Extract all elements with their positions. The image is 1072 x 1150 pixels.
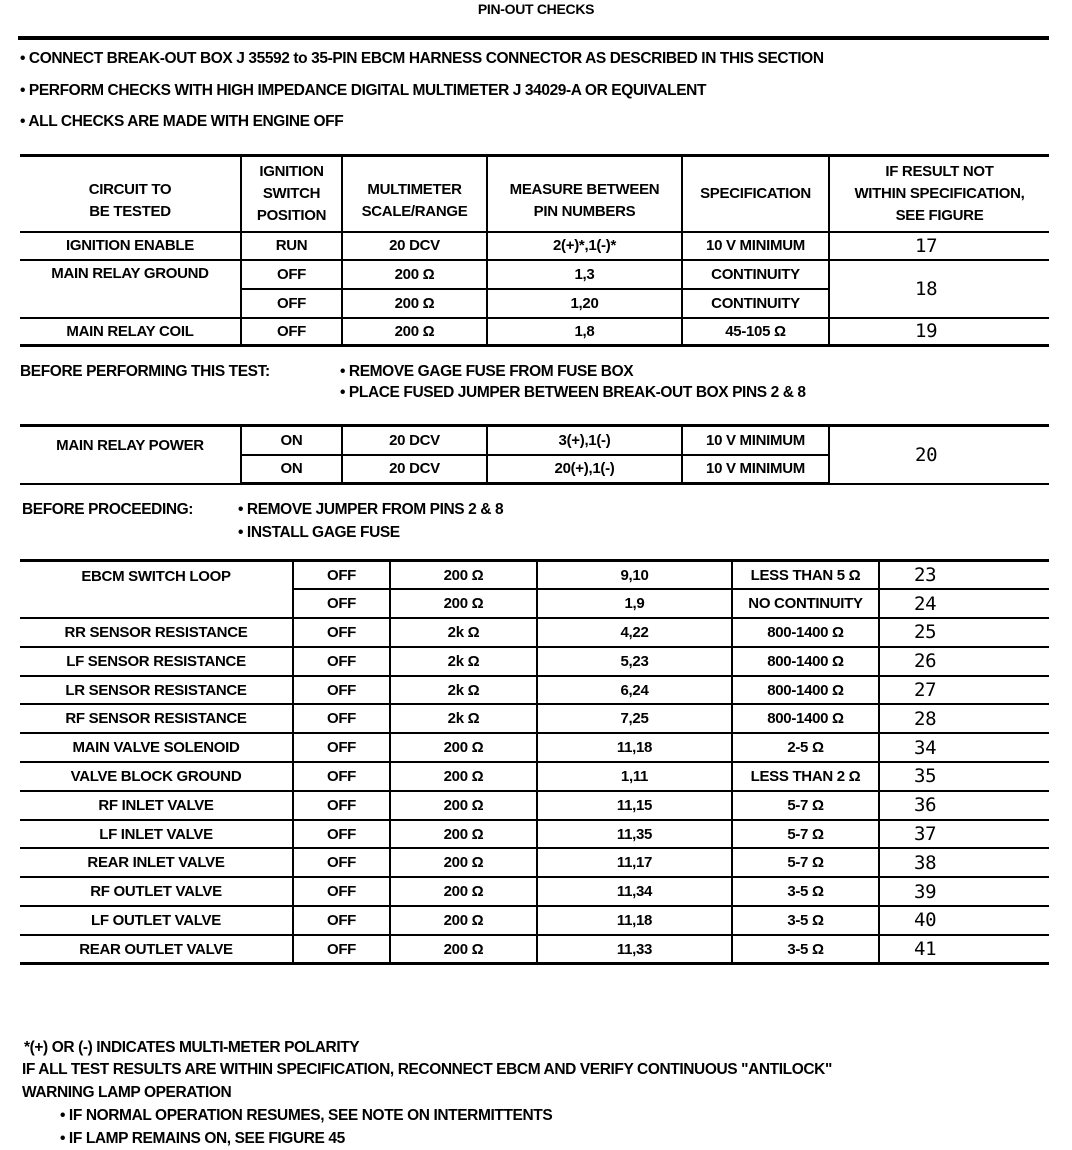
pins-cell: 20(+),1(-) bbox=[487, 455, 682, 484]
circuit-cell: LR SENSOR RESISTANCE bbox=[20, 676, 293, 705]
figure-cell: 37 bbox=[879, 820, 1049, 849]
ignition-cell: OFF bbox=[293, 906, 390, 935]
before-proceeding-item: • INSTALL GAGE FUSE bbox=[238, 524, 400, 542]
scale-cell: 200 Ω bbox=[390, 791, 537, 820]
header-figure: IF RESULT NOTWITHIN SPECIFICATION,SEE FI… bbox=[829, 156, 1049, 232]
figure-cell: 26 bbox=[879, 647, 1049, 676]
spec-cell: 5-7 Ω bbox=[732, 848, 879, 877]
spec-cell: 800-1400 Ω bbox=[732, 704, 879, 733]
pinout-table-2: MAIN RELAY POWER ON 20 DCV 3(+),1(-) 10 … bbox=[20, 424, 1049, 485]
figure-cell: 17 bbox=[829, 232, 1049, 260]
before-test-item: • REMOVE GAGE FUSE FROM FUSE BOX bbox=[340, 363, 633, 381]
table-row: LF INLET VALVEOFF200 Ω11,355-7 Ω37 bbox=[20, 820, 1049, 849]
pins-cell: 11,35 bbox=[537, 820, 732, 849]
circuit-cell: VALVE BLOCK GROUND bbox=[20, 762, 293, 791]
intro-bullet: • ALL CHECKS ARE MADE WITH ENGINE OFF bbox=[20, 113, 343, 131]
table-row: LR SENSOR RESISTANCEOFF2k Ω6,24800-1400 … bbox=[20, 676, 1049, 705]
spec-cell: 5-7 Ω bbox=[732, 791, 879, 820]
ignition-cell: OFF bbox=[293, 820, 390, 849]
table-row: MAIN RELAY GROUND OFF 200 Ω 1,3 CONTINUI… bbox=[20, 260, 1049, 289]
circuit-cell: MAIN RELAY COIL bbox=[20, 318, 241, 346]
spec-cell: 10 V MINIMUM bbox=[682, 232, 829, 260]
table-row: RF SENSOR RESISTANCEOFF2k Ω7,25800-1400 … bbox=[20, 704, 1049, 733]
pins-cell: 9,10 bbox=[537, 561, 732, 590]
before-test-item: • PLACE FUSED JUMPER BETWEEN BREAK-OUT B… bbox=[340, 384, 806, 402]
spec-cell: CONTINUITY bbox=[682, 289, 829, 318]
circuit-cell: REAR INLET VALVE bbox=[20, 848, 293, 877]
figure-cell: 24 bbox=[879, 589, 1049, 618]
ignition-cell: OFF bbox=[241, 260, 342, 289]
footer-bullet: • IF LAMP REMAINS ON, SEE FIGURE 45 bbox=[60, 1130, 345, 1148]
table-row: RF INLET VALVEOFF200 Ω11,155-7 Ω36 bbox=[20, 791, 1049, 820]
pins-cell: 5,23 bbox=[537, 647, 732, 676]
pins-cell: 1,20 bbox=[487, 289, 682, 318]
before-proceeding-label: BEFORE PROCEEDING: bbox=[22, 501, 193, 519]
figure-cell: 25 bbox=[879, 618, 1049, 647]
figure-cell: 36 bbox=[879, 791, 1049, 820]
pins-cell: 11,18 bbox=[537, 906, 732, 935]
spec-cell: 45-105 Ω bbox=[682, 318, 829, 346]
pins-cell: 11,18 bbox=[537, 733, 732, 762]
ignition-cell: OFF bbox=[293, 733, 390, 762]
ignition-cell: OFF bbox=[293, 589, 390, 618]
table-row: EBCM SWITCH LOOPOFF200 Ω9,10LESS THAN 5 … bbox=[20, 561, 1049, 590]
spec-cell: LESS THAN 5 Ω bbox=[732, 561, 879, 590]
figure-cell: 18 bbox=[829, 260, 1049, 318]
ignition-cell: OFF bbox=[293, 877, 390, 906]
circuit-cell: RF OUTLET VALVE bbox=[20, 877, 293, 906]
spec-cell: CONTINUITY bbox=[682, 260, 829, 289]
header-multimeter: MULTIMETERSCALE/RANGE bbox=[342, 156, 487, 232]
ignition-cell: OFF bbox=[293, 647, 390, 676]
footer-bullet: • IF NORMAL OPERATION RESUMES, SEE NOTE … bbox=[60, 1107, 552, 1125]
pins-cell: 6,24 bbox=[537, 676, 732, 705]
circuit-cell: IGNITION ENABLE bbox=[20, 232, 241, 260]
pins-cell: 1,8 bbox=[487, 318, 682, 346]
ignition-cell: OFF bbox=[293, 704, 390, 733]
pins-cell: 11,15 bbox=[537, 791, 732, 820]
ignition-cell: OFF bbox=[241, 318, 342, 346]
spec-cell: 2-5 Ω bbox=[732, 733, 879, 762]
before-test-label: BEFORE PERFORMING THIS TEST: bbox=[20, 363, 270, 381]
table-row: VALVE BLOCK GROUNDOFF200 Ω1,11LESS THAN … bbox=[20, 762, 1049, 791]
figure-cell: 41 bbox=[879, 935, 1049, 964]
intro-bullet: • CONNECT BREAK-OUT BOX J 35592 to 35-PI… bbox=[20, 50, 824, 68]
ignition-cell: OFF bbox=[241, 289, 342, 318]
header-specification: SPECIFICATION bbox=[682, 156, 829, 232]
header-circuit: CIRCUIT TOBE TESTED bbox=[20, 156, 241, 232]
scale-cell: 20 DCV bbox=[342, 455, 487, 484]
table-row: MAIN RELAY POWER ON 20 DCV 3(+),1(-) 10 … bbox=[20, 426, 1049, 455]
circuit-cell: LF SENSOR RESISTANCE bbox=[20, 647, 293, 676]
spec-cell: 10 V MINIMUM bbox=[682, 426, 829, 455]
circuit-cell: LF INLET VALVE bbox=[20, 820, 293, 849]
spec-cell: 800-1400 Ω bbox=[732, 618, 879, 647]
spec-cell: 10 V MINIMUM bbox=[682, 455, 829, 484]
scale-cell: 200 Ω bbox=[390, 820, 537, 849]
pins-cell: 1,3 bbox=[487, 260, 682, 289]
scale-cell: 200 Ω bbox=[390, 906, 537, 935]
figure-cell: 35 bbox=[879, 762, 1049, 791]
ignition-cell: ON bbox=[241, 455, 342, 484]
pins-cell: 3(+),1(-) bbox=[487, 426, 682, 455]
scale-cell: 200 Ω bbox=[390, 848, 537, 877]
figure-cell: 27 bbox=[879, 676, 1049, 705]
scale-cell: 200 Ω bbox=[390, 733, 537, 762]
scale-cell: 2k Ω bbox=[390, 618, 537, 647]
figure-cell: 28 bbox=[879, 704, 1049, 733]
circuit-cell: RF INLET VALVE bbox=[20, 791, 293, 820]
spec-cell: LESS THAN 2 Ω bbox=[732, 762, 879, 791]
scale-cell: 20 DCV bbox=[342, 426, 487, 455]
pins-cell: 11,17 bbox=[537, 848, 732, 877]
scale-cell: 200 Ω bbox=[342, 318, 487, 346]
spec-cell: 800-1400 Ω bbox=[732, 676, 879, 705]
pinout-table-1: CIRCUIT TOBE TESTED IGNITIONSWITCHPOSITI… bbox=[20, 154, 1049, 347]
table-row: RF OUTLET VALVEOFF200 Ω11,343-5 Ω39 bbox=[20, 877, 1049, 906]
scale-cell: 20 DCV bbox=[342, 232, 487, 260]
spec-cell: NO CONTINUITY bbox=[732, 589, 879, 618]
result-note: IF ALL TEST RESULTS ARE WITHIN SPECIFICA… bbox=[22, 1061, 832, 1079]
pins-cell: 11,33 bbox=[537, 935, 732, 964]
header-ignition: IGNITIONSWITCHPOSITION bbox=[241, 156, 342, 232]
circuit-cell: RF SENSOR RESISTANCE bbox=[20, 704, 293, 733]
scale-cell: 2k Ω bbox=[390, 704, 537, 733]
spec-cell: 3-5 Ω bbox=[732, 906, 879, 935]
ignition-cell: OFF bbox=[293, 935, 390, 964]
ignition-cell: RUN bbox=[241, 232, 342, 260]
ignition-cell: OFF bbox=[293, 762, 390, 791]
table-row: MAIN VALVE SOLENOIDOFF200 Ω11,182-5 Ω34 bbox=[20, 733, 1049, 762]
circuit-cell: MAIN RELAY GROUND bbox=[20, 260, 241, 318]
polarity-note: *(+) OR (-) INDICATES MULTI-METER POLARI… bbox=[24, 1039, 359, 1057]
spec-cell: 3-5 Ω bbox=[732, 877, 879, 906]
scale-cell: 200 Ω bbox=[390, 935, 537, 964]
ignition-cell: OFF bbox=[293, 791, 390, 820]
circuit-cell: EBCM SWITCH LOOP bbox=[20, 561, 293, 619]
figure-cell: 20 bbox=[829, 426, 1049, 484]
header-measure: MEASURE BETWEENPIN NUMBERS bbox=[487, 156, 682, 232]
spec-cell: 3-5 Ω bbox=[732, 935, 879, 964]
scale-cell: 200 Ω bbox=[342, 260, 487, 289]
ignition-cell: OFF bbox=[293, 618, 390, 647]
figure-cell: 34 bbox=[879, 733, 1049, 762]
scale-cell: 200 Ω bbox=[342, 289, 487, 318]
table-row: LF SENSOR RESISTANCEOFF2k Ω5,23800-1400 … bbox=[20, 647, 1049, 676]
ignition-cell: OFF bbox=[293, 848, 390, 877]
result-note: WARNING LAMP OPERATION bbox=[22, 1084, 231, 1102]
pins-cell: 11,34 bbox=[537, 877, 732, 906]
figure-cell: 23 bbox=[879, 561, 1049, 590]
scale-cell: 2k Ω bbox=[390, 647, 537, 676]
table-row: REAR OUTLET VALVEOFF200 Ω11,333-5 Ω41 bbox=[20, 935, 1049, 964]
circuit-cell: MAIN VALVE SOLENOID bbox=[20, 733, 293, 762]
circuit-cell: REAR OUTLET VALVE bbox=[20, 935, 293, 964]
table-row: MAIN RELAY COIL OFF 200 Ω 1,8 45-105 Ω 1… bbox=[20, 318, 1049, 346]
spec-cell: 800-1400 Ω bbox=[732, 647, 879, 676]
figure-cell: 19 bbox=[829, 318, 1049, 346]
pins-cell: 4,22 bbox=[537, 618, 732, 647]
ignition-cell: OFF bbox=[293, 676, 390, 705]
circuit-cell: LF OUTLET VALVE bbox=[20, 906, 293, 935]
ignition-cell: ON bbox=[241, 426, 342, 455]
pinout-table-3: EBCM SWITCH LOOPOFF200 Ω9,10LESS THAN 5 … bbox=[20, 559, 1049, 965]
pins-cell: 1,11 bbox=[537, 762, 732, 791]
scale-cell: 2k Ω bbox=[390, 676, 537, 705]
spec-cell: 5-7 Ω bbox=[732, 820, 879, 849]
circuit-cell: MAIN RELAY POWER bbox=[20, 426, 241, 484]
circuit-cell: RR SENSOR RESISTANCE bbox=[20, 618, 293, 647]
pins-cell: 1,9 bbox=[537, 589, 732, 618]
scale-cell: 200 Ω bbox=[390, 589, 537, 618]
table-row: RR SENSOR RESISTANCEOFF2k Ω4,22800-1400 … bbox=[20, 618, 1049, 647]
scale-cell: 200 Ω bbox=[390, 561, 537, 590]
table-row: REAR INLET VALVEOFF200 Ω11,175-7 Ω38 bbox=[20, 848, 1049, 877]
intro-bullet: • PERFORM CHECKS WITH HIGH IMPEDANCE DIG… bbox=[20, 82, 706, 100]
scale-cell: 200 Ω bbox=[390, 877, 537, 906]
pins-cell: 7,25 bbox=[537, 704, 732, 733]
before-proceeding-item: • REMOVE JUMPER FROM PINS 2 & 8 bbox=[238, 501, 503, 519]
pins-cell: 2(+)*,1(-)* bbox=[487, 232, 682, 260]
figure-cell: 39 bbox=[879, 877, 1049, 906]
page-title: PIN-OUT CHECKS bbox=[0, 1, 1072, 17]
title-divider bbox=[18, 36, 1049, 40]
figure-cell: 38 bbox=[879, 848, 1049, 877]
table-row: LF OUTLET VALVEOFF200 Ω11,183-5 Ω40 bbox=[20, 906, 1049, 935]
table-header-row: CIRCUIT TOBE TESTED IGNITIONSWITCHPOSITI… bbox=[20, 156, 1049, 232]
ignition-cell: OFF bbox=[293, 561, 390, 590]
table-row: IGNITION ENABLE RUN 20 DCV 2(+)*,1(-)* 1… bbox=[20, 232, 1049, 260]
scale-cell: 200 Ω bbox=[390, 762, 537, 791]
figure-cell: 40 bbox=[879, 906, 1049, 935]
